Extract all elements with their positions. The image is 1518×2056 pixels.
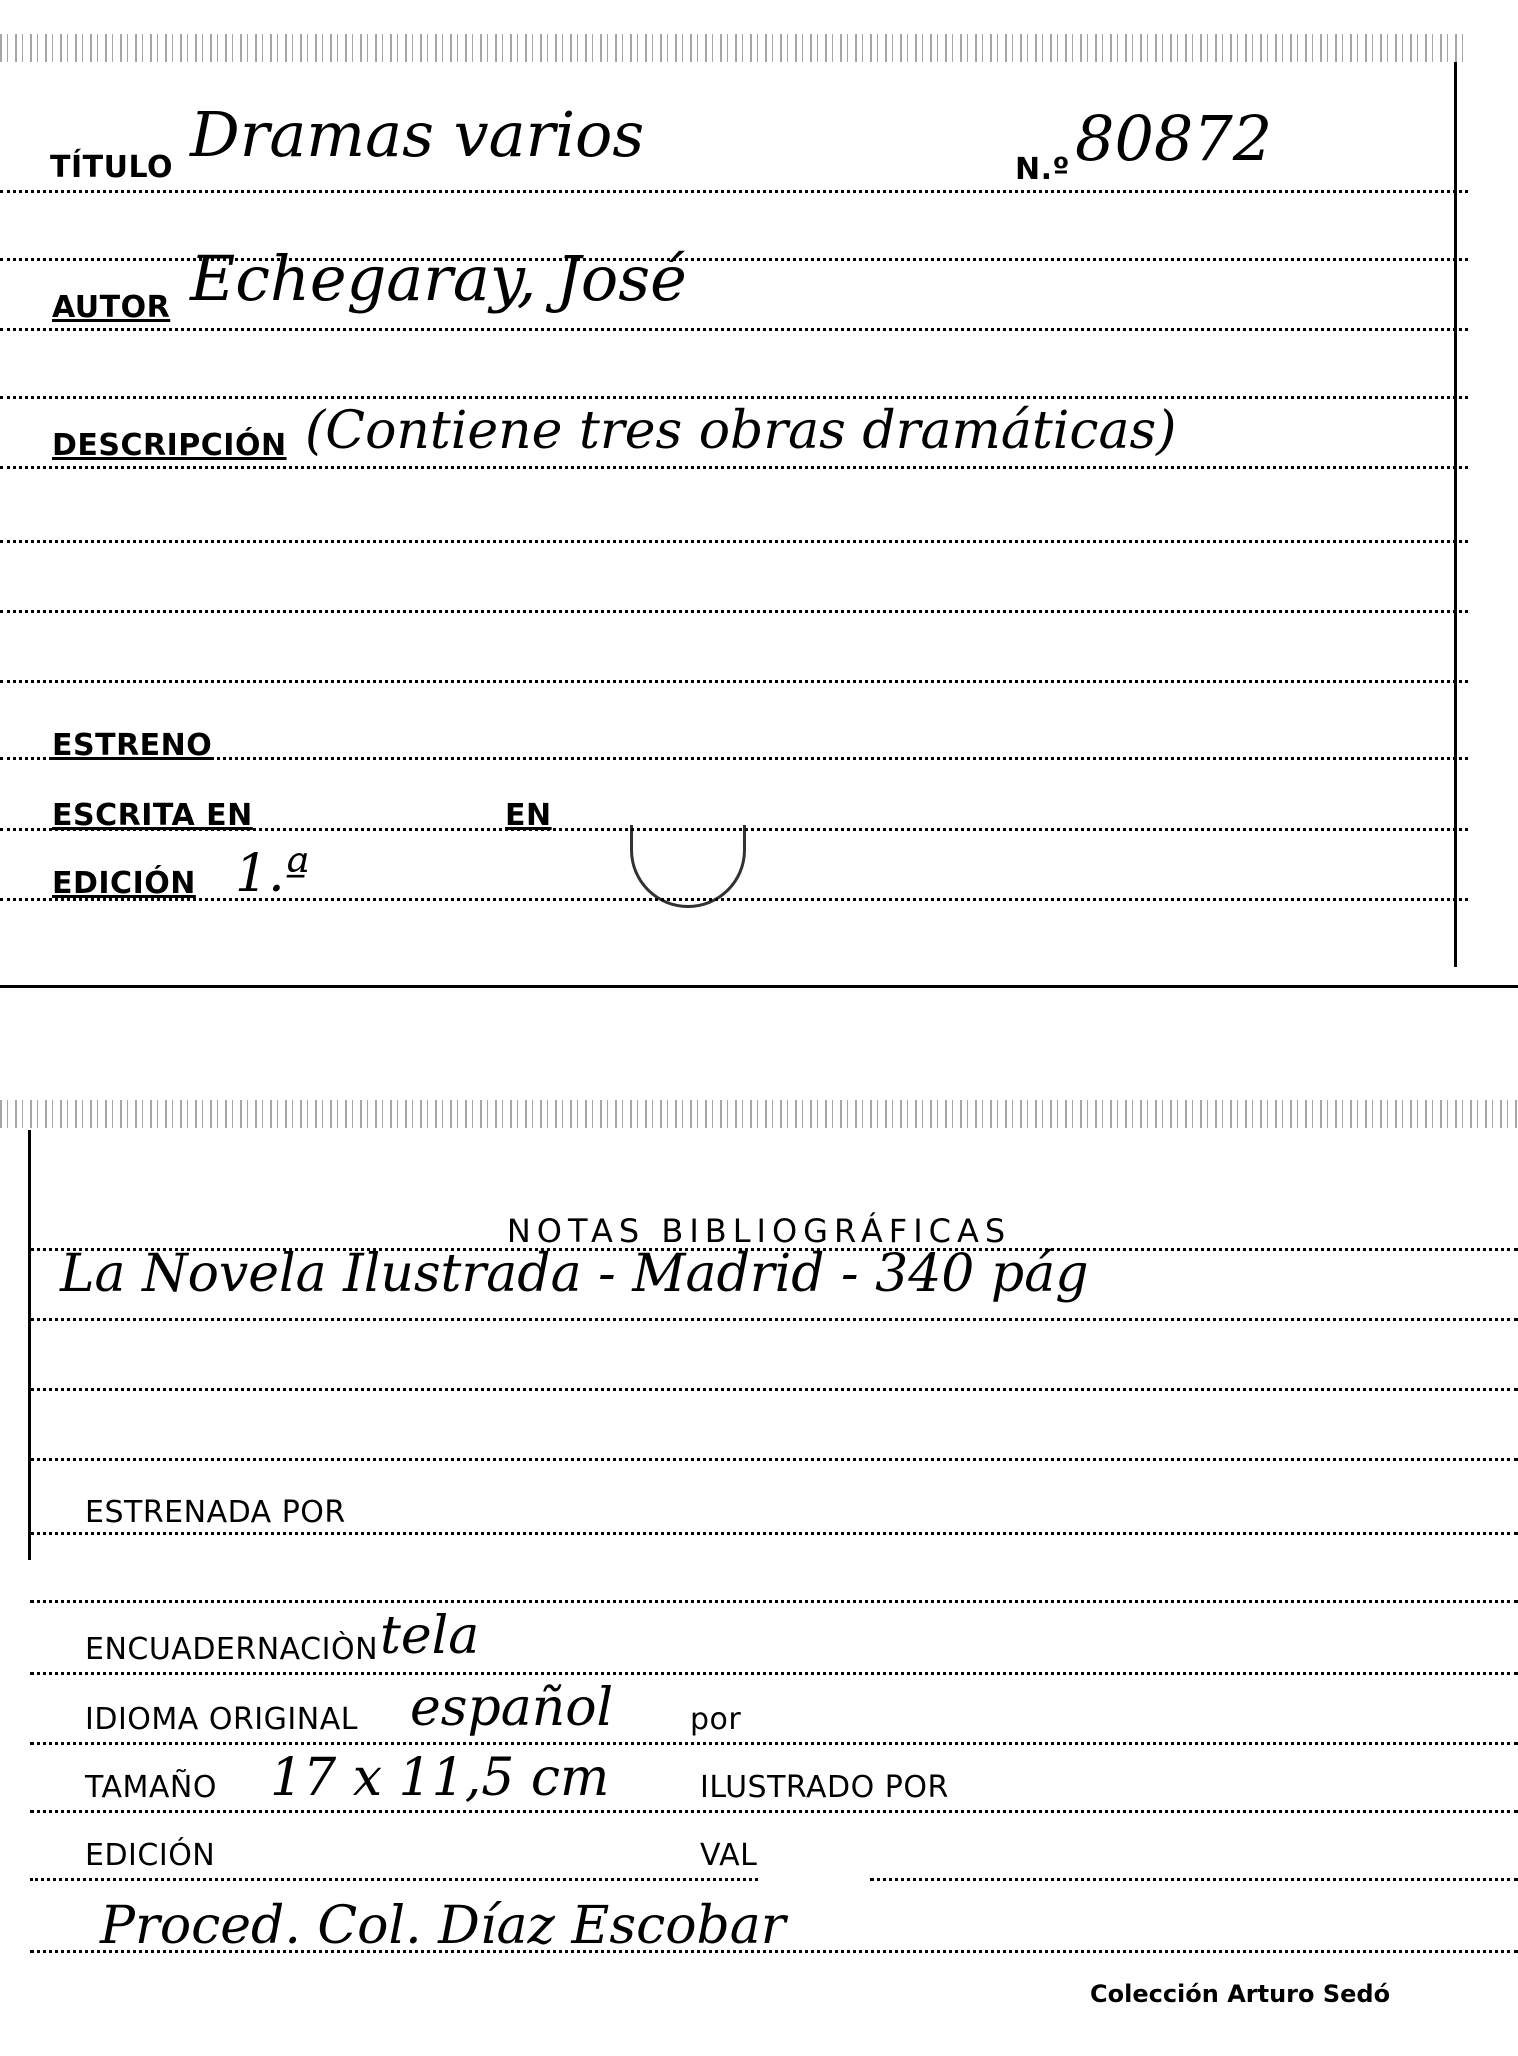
rule-titulo — [0, 190, 1468, 193]
rule — [0, 540, 1468, 543]
value-tamano: 17 x 11,5 cm — [270, 1752, 609, 1804]
label-por: por — [690, 1702, 741, 1737]
value-numero: 80872 — [1075, 108, 1272, 170]
label-autor: AUTOR — [52, 290, 170, 325]
label-tamano: TAMAÑO — [85, 1770, 217, 1805]
label-titulo: TÍTULO — [50, 150, 173, 185]
value-procedencia: Proced. Col. Díaz Escobar — [100, 1900, 786, 1952]
label-descripcion: DESCRIPCIÓN — [52, 428, 287, 463]
rule — [0, 610, 1468, 613]
card-right-edge — [1454, 62, 1457, 967]
label-idioma-original: IDIOMA ORIGINAL — [85, 1702, 358, 1737]
rule-encuadernacion — [30, 1672, 1518, 1675]
stamp-mark — [630, 825, 746, 908]
value-idioma-original: español — [410, 1682, 613, 1734]
scan-noise-border — [0, 1100, 1518, 1128]
collection-credit: Colección Arturo Sedó — [1090, 1980, 1390, 2008]
label-escrita-en: ESCRITA EN — [52, 798, 253, 833]
label-numero: N.º — [1015, 152, 1070, 187]
label-estreno: ESTRENO — [52, 728, 212, 763]
value-notas: La Novela Ilustrada - Madrid - 340 pág — [60, 1248, 1089, 1300]
label-ilustrado-por: ILUSTRADO POR — [700, 1770, 949, 1805]
value-autor: Echegaray, José — [190, 248, 687, 310]
value-titulo: Dramas varios — [190, 104, 644, 166]
value-descripcion: (Contiene tres obras dramáticas) — [305, 405, 1176, 457]
rule — [0, 680, 1468, 683]
rule-estrenada — [30, 1532, 1518, 1535]
rule-autor — [0, 328, 1468, 331]
value-edicion: 1.ª — [235, 848, 309, 900]
rule — [0, 396, 1468, 399]
rule-idioma — [30, 1742, 1518, 1745]
rule-estreno — [0, 757, 1468, 760]
rule-edicion-right — [870, 1878, 1518, 1881]
rule — [30, 1318, 1518, 1321]
rule-edicion — [30, 1878, 758, 1881]
rule-descripcion — [0, 466, 1468, 469]
scan-noise-border — [0, 34, 1470, 62]
label-edicion: EDICIÓN — [52, 866, 196, 901]
value-encuadernacion: tela — [380, 1610, 479, 1662]
label-edicion-back: EDICIÓN — [85, 1838, 215, 1873]
card-separator — [0, 985, 1518, 988]
label-estrenada-por: ESTRENADA POR — [85, 1495, 346, 1530]
label-encuadernacion: ENCUADERNACIÒN — [85, 1632, 378, 1667]
rule — [30, 1600, 1518, 1603]
label-valor: VAL — [700, 1838, 757, 1873]
label-en: EN — [505, 798, 552, 833]
rule-tamano — [30, 1810, 1518, 1813]
catalog-card-back: NOTAS BIBLIOGRÁFICAS La Novela Ilustrada… — [0, 1100, 1518, 2056]
rule — [30, 1388, 1518, 1391]
rule-edicion — [0, 898, 1468, 901]
catalog-card-front: TÍTULO Dramas varios N.º 80872 AUTOR Ech… — [0, 0, 1518, 990]
card-left-edge — [28, 1130, 31, 1560]
rule — [30, 1458, 1518, 1461]
